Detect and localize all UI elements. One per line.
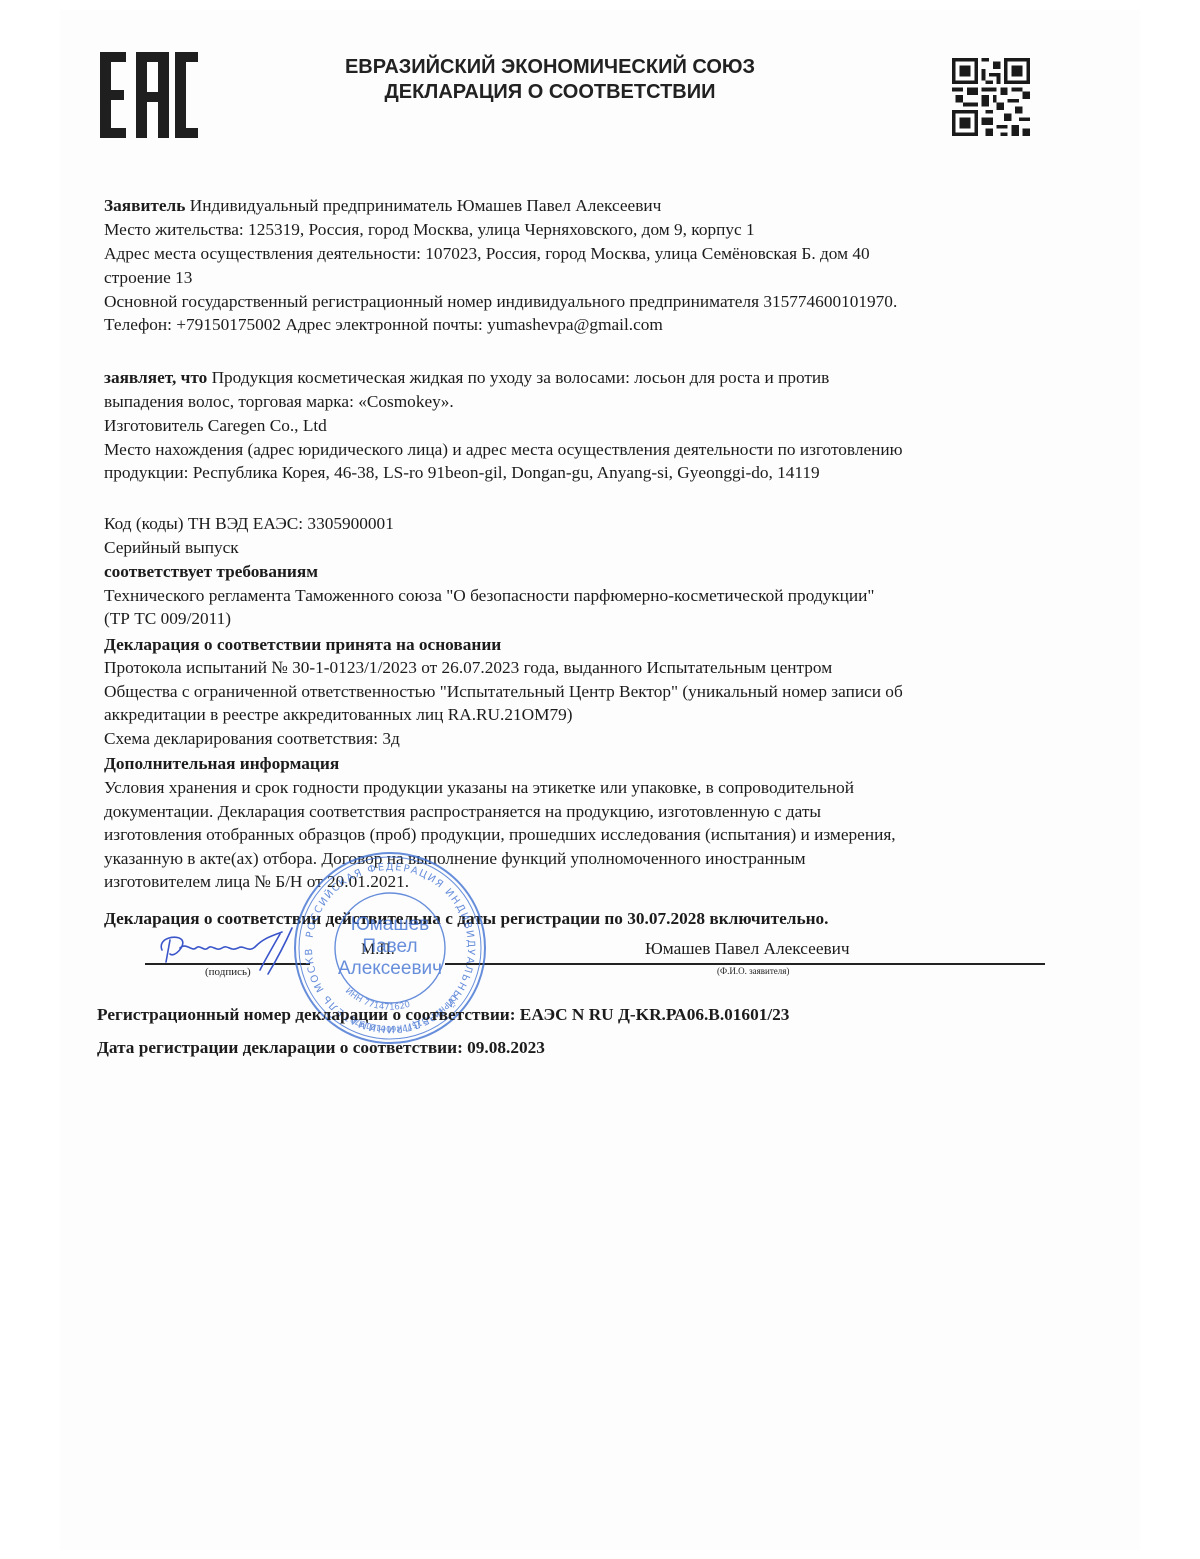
eac-logo-icon xyxy=(100,52,198,138)
signer-caption: (Ф.И.О. заявителя) xyxy=(717,966,789,976)
registration-date: Дата регистрации декларации о соответств… xyxy=(97,1036,545,1060)
union-name: ЕВРАЗИЙСКИЙ ЭКОНОМИЧЕСКИЙ СОЮЗ xyxy=(250,55,850,80)
document-title: ЕВРАЗИЙСКИЙ ЭКОНОМИЧЕСКИЙ СОЮЗ ДЕКЛАРАЦИ… xyxy=(250,55,850,105)
product-line: заявляет, что Продукция косметическая жи… xyxy=(104,366,829,390)
svg-text:Юмашев: Юмашев xyxy=(351,914,430,935)
additional-text-1: Условия хранения и срок годности продукц… xyxy=(104,776,854,800)
svg-text:Павел: Павел xyxy=(362,936,417,957)
basis-text: Протокола испытаний № 30-1-0123/1/2023 о… xyxy=(104,656,832,680)
registration-number: Регистрационный номер декларации о соотв… xyxy=(97,1003,789,1027)
qr-code-icon[interactable] xyxy=(949,58,1033,136)
tnved-code: Код (коды) ТН ВЭД ЕАЭС: 3305900001 xyxy=(104,512,394,536)
handwritten-signature xyxy=(152,918,312,978)
name-line xyxy=(445,963,1045,965)
basis-text-3: аккредитации в реестре аккредитованных л… xyxy=(104,703,573,727)
applicant-residence: Место жительства: 125319, Россия, город … xyxy=(104,218,755,242)
basis-text-2: Общества с ограниченной ответственностью… xyxy=(104,680,903,704)
applicant-line: Заявитель Индивидуальный предприниматель… xyxy=(104,194,661,218)
release-type: Серийный выпуск xyxy=(104,536,239,560)
declares-label: заявляет, что xyxy=(104,368,207,387)
svg-text:Алексеевич: Алексеевич xyxy=(338,958,442,979)
applicant-activity-address-cont: строение 13 xyxy=(104,266,192,290)
manufacturer-location: Место нахождения (адрес юридического лиц… xyxy=(104,438,903,462)
declaration-title: ДЕКЛАРАЦИЯ О СООТВЕТСТВИИ xyxy=(250,80,850,105)
additional-heading: Дополнительная информация xyxy=(104,752,339,776)
applicant-activity-address: Адрес места осуществления деятельности: … xyxy=(104,242,870,266)
signer-name: Юмашев Павел Алексеевич xyxy=(645,937,850,961)
requirements-heading: соответствует требованиям xyxy=(104,560,318,584)
additional-text-2: документации. Декларация соответствия ра… xyxy=(104,800,821,824)
applicant-contacts: Телефон: +79150175002 Адрес электронной … xyxy=(104,313,663,337)
additional-text-3: изготовления отобранных образцов (проб) … xyxy=(104,823,896,847)
manufacturer: Изготовитель Caregen Co., Ltd xyxy=(104,414,327,438)
product-description: Продукция косметическая жидкая по уходу … xyxy=(212,368,830,387)
applicant-name: Индивидуальный предприниматель Юмашев Па… xyxy=(190,196,662,215)
applicant-ogrnip: Основной государственный регистрационный… xyxy=(104,290,897,314)
requirements-text-cont: (ТР ТС 009/2011) xyxy=(104,607,231,631)
requirements-text: Технического регламента Таможенного союз… xyxy=(104,584,874,608)
manufacturer-location-cont: продукции: Республика Корея, 46-38, LS-r… xyxy=(104,461,820,485)
declaration-scheme: Схема декларирования соответствия: 3д xyxy=(104,727,400,751)
basis-heading: Декларация о соответствии принята на осн… xyxy=(104,633,501,657)
applicant-label: Заявитель xyxy=(104,196,185,215)
product-description-cont: выпадения волос, торговая марка: «Cosmok… xyxy=(104,390,454,414)
